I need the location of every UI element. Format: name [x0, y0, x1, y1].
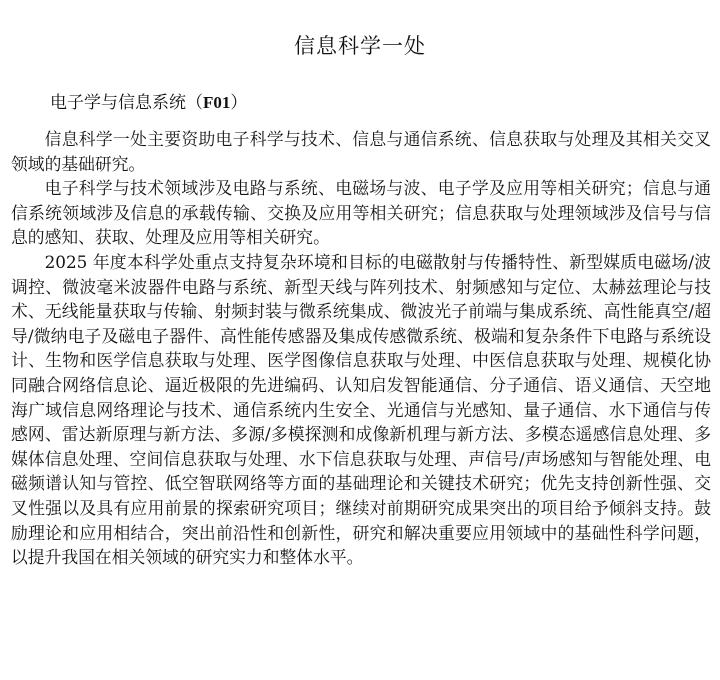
section-heading: 电子学与信息系统（F01） [50, 88, 247, 113]
section-code: F01 [203, 93, 230, 112]
paragraph-overview: 信息科学一处主要资助电子科学与技术、信息与通信系统、信息获取与处理及其相关交叉领… [11, 127, 711, 176]
section-heading-text: 电子学与信息系统 [50, 93, 186, 113]
page-title: 信息科学一处 [0, 30, 720, 60]
section-body: 信息科学一处主要资助电子科学与技术、信息与通信系统、信息获取与处理及其相关交叉领… [11, 127, 711, 570]
section-code-open: （ [186, 93, 203, 113]
paragraph-fields: 电子科学与技术领域涉及电路与系统、电磁场与波、电子学及应用等相关研究；信息与通信… [11, 176, 711, 250]
section-code-close: ） [230, 93, 247, 113]
paragraph-priorities: 2025 年度本科学处重点支持复杂环境和目标的电磁散射与传播特性、新型媒质电磁场… [11, 250, 711, 570]
